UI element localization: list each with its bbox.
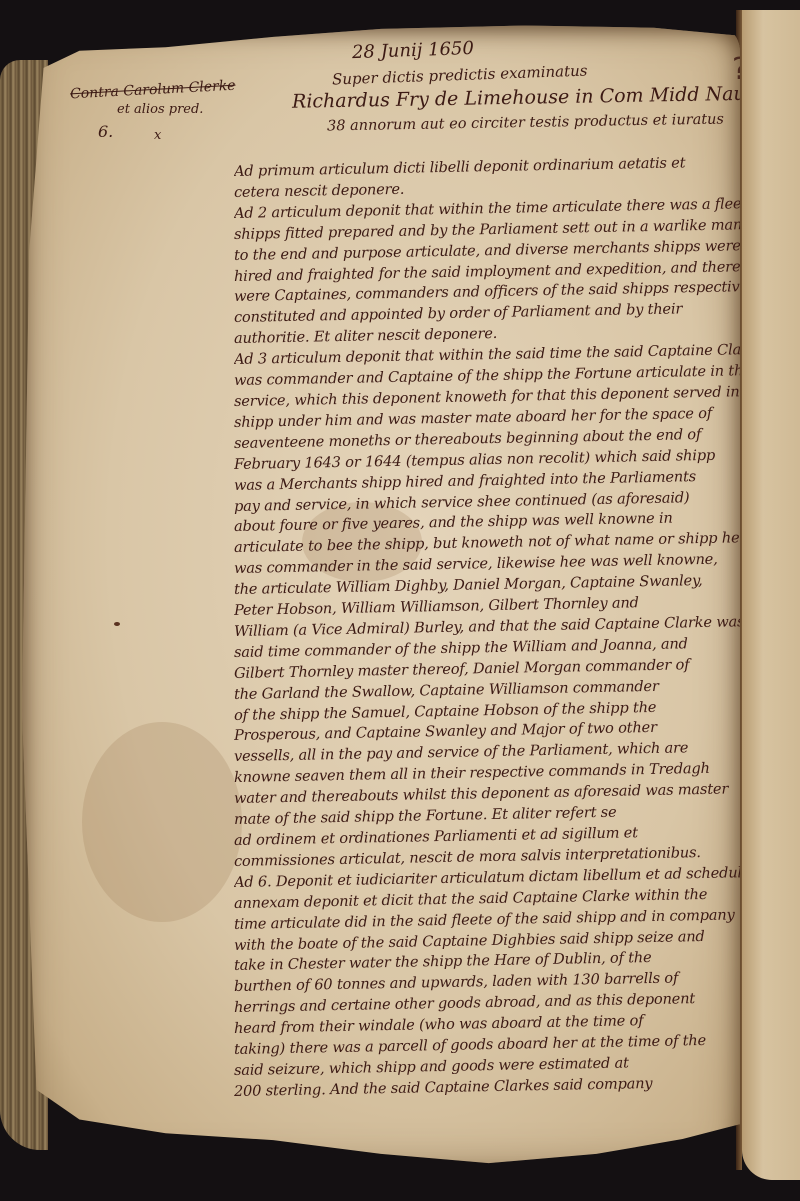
margin-note: et alios pred. — [117, 102, 203, 117]
manuscript-page: Contra Carolum Clerke et alios pred. 6. … — [22, 22, 740, 1170]
margin-note-struck: Contra Carolum Clerke — [70, 78, 236, 103]
deposition-body: Ad primum articulum dicti libelli deponi… — [234, 162, 754, 1103]
folio-number: 6. — [98, 122, 113, 141]
folio-mark: x — [154, 128, 161, 143]
ink-spot — [114, 622, 120, 626]
paper-stain — [82, 722, 242, 922]
header-subtitle: Super dictis predictis examinatus — [332, 62, 588, 89]
adjacent-page: Ad articulum the articulate ships Parlia… — [742, 10, 800, 1180]
deposition-date: 28 Junij 1650 — [352, 38, 475, 63]
deponent-age: 38 annorum aut eo circiter testis produc… — [327, 112, 724, 135]
